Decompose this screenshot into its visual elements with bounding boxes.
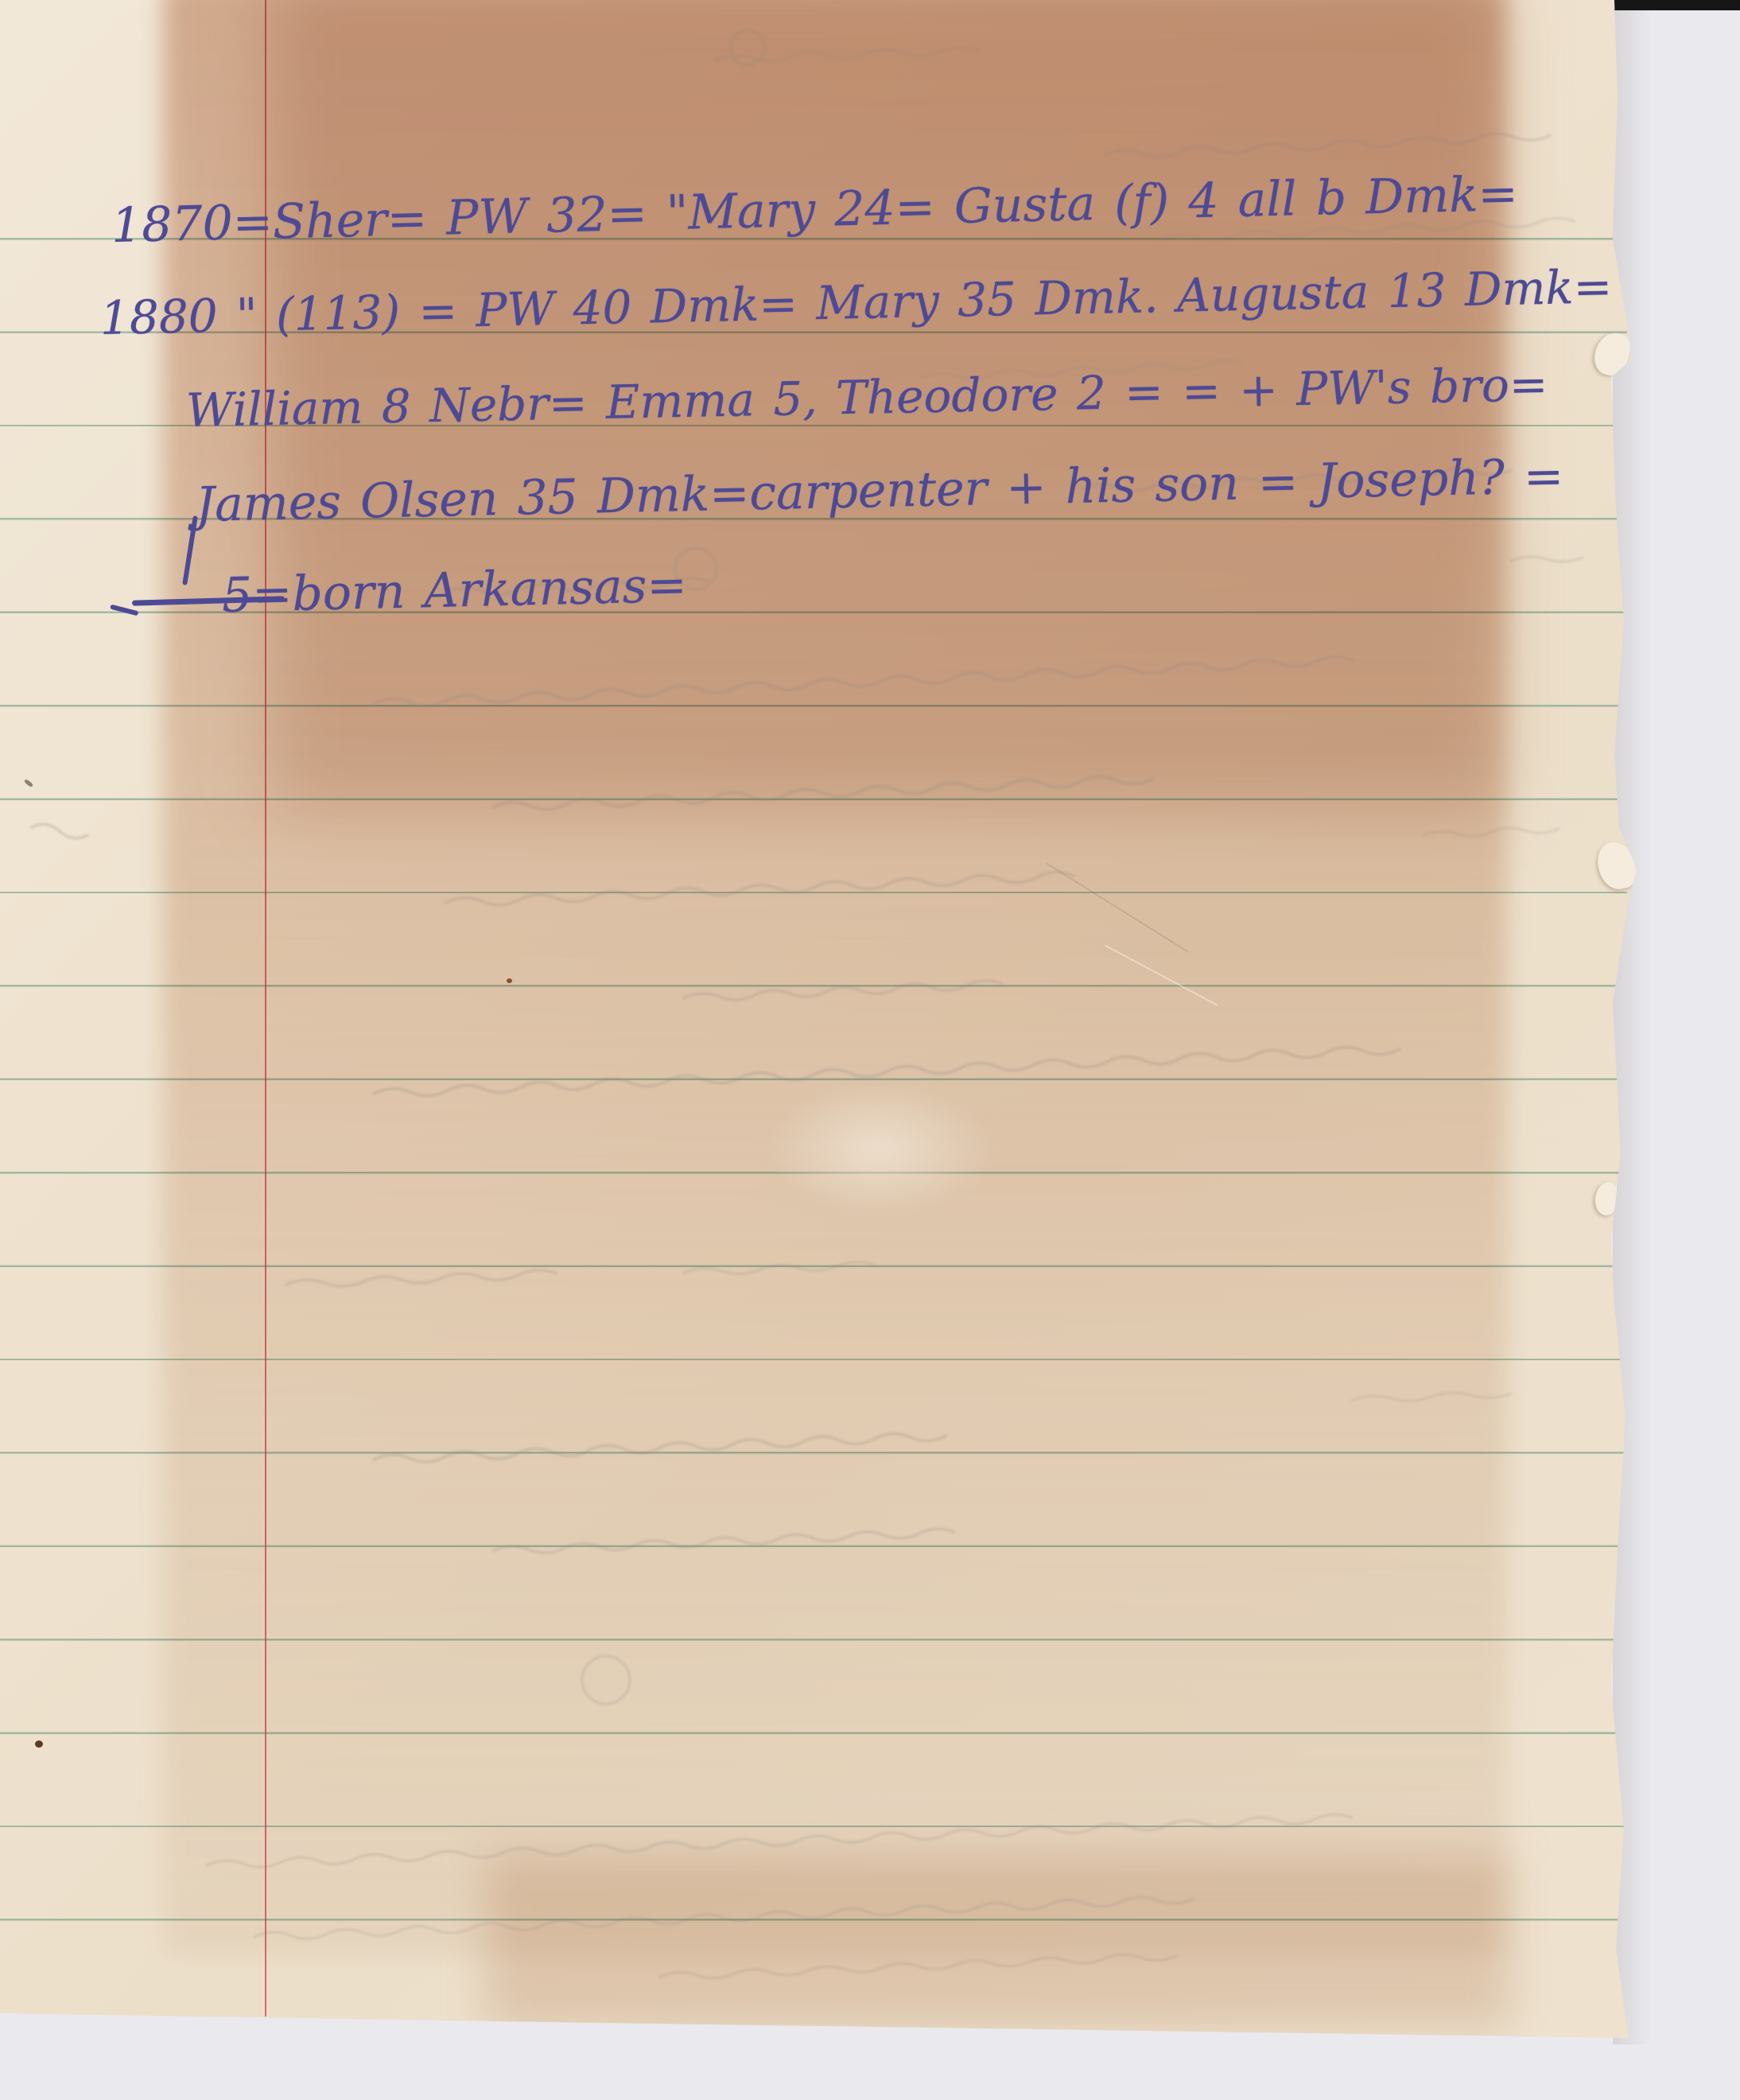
ink-line-born-arkansas: 5=born Arkansas=: [221, 558, 687, 624]
dust-speck: [1728, 657, 1737, 666]
dust-speck: [507, 978, 512, 983]
paper-sheet: 1870=Sher= PW 32= "Mary 24= Gusta (f) 4 …: [0, 0, 1641, 2048]
scan-canvas: { "page": { "kind": "scanned handwritten…: [0, 0, 1740, 2100]
dust-speck: [35, 1740, 43, 1748]
scanner-lid-strip: [1594, 0, 1740, 10]
